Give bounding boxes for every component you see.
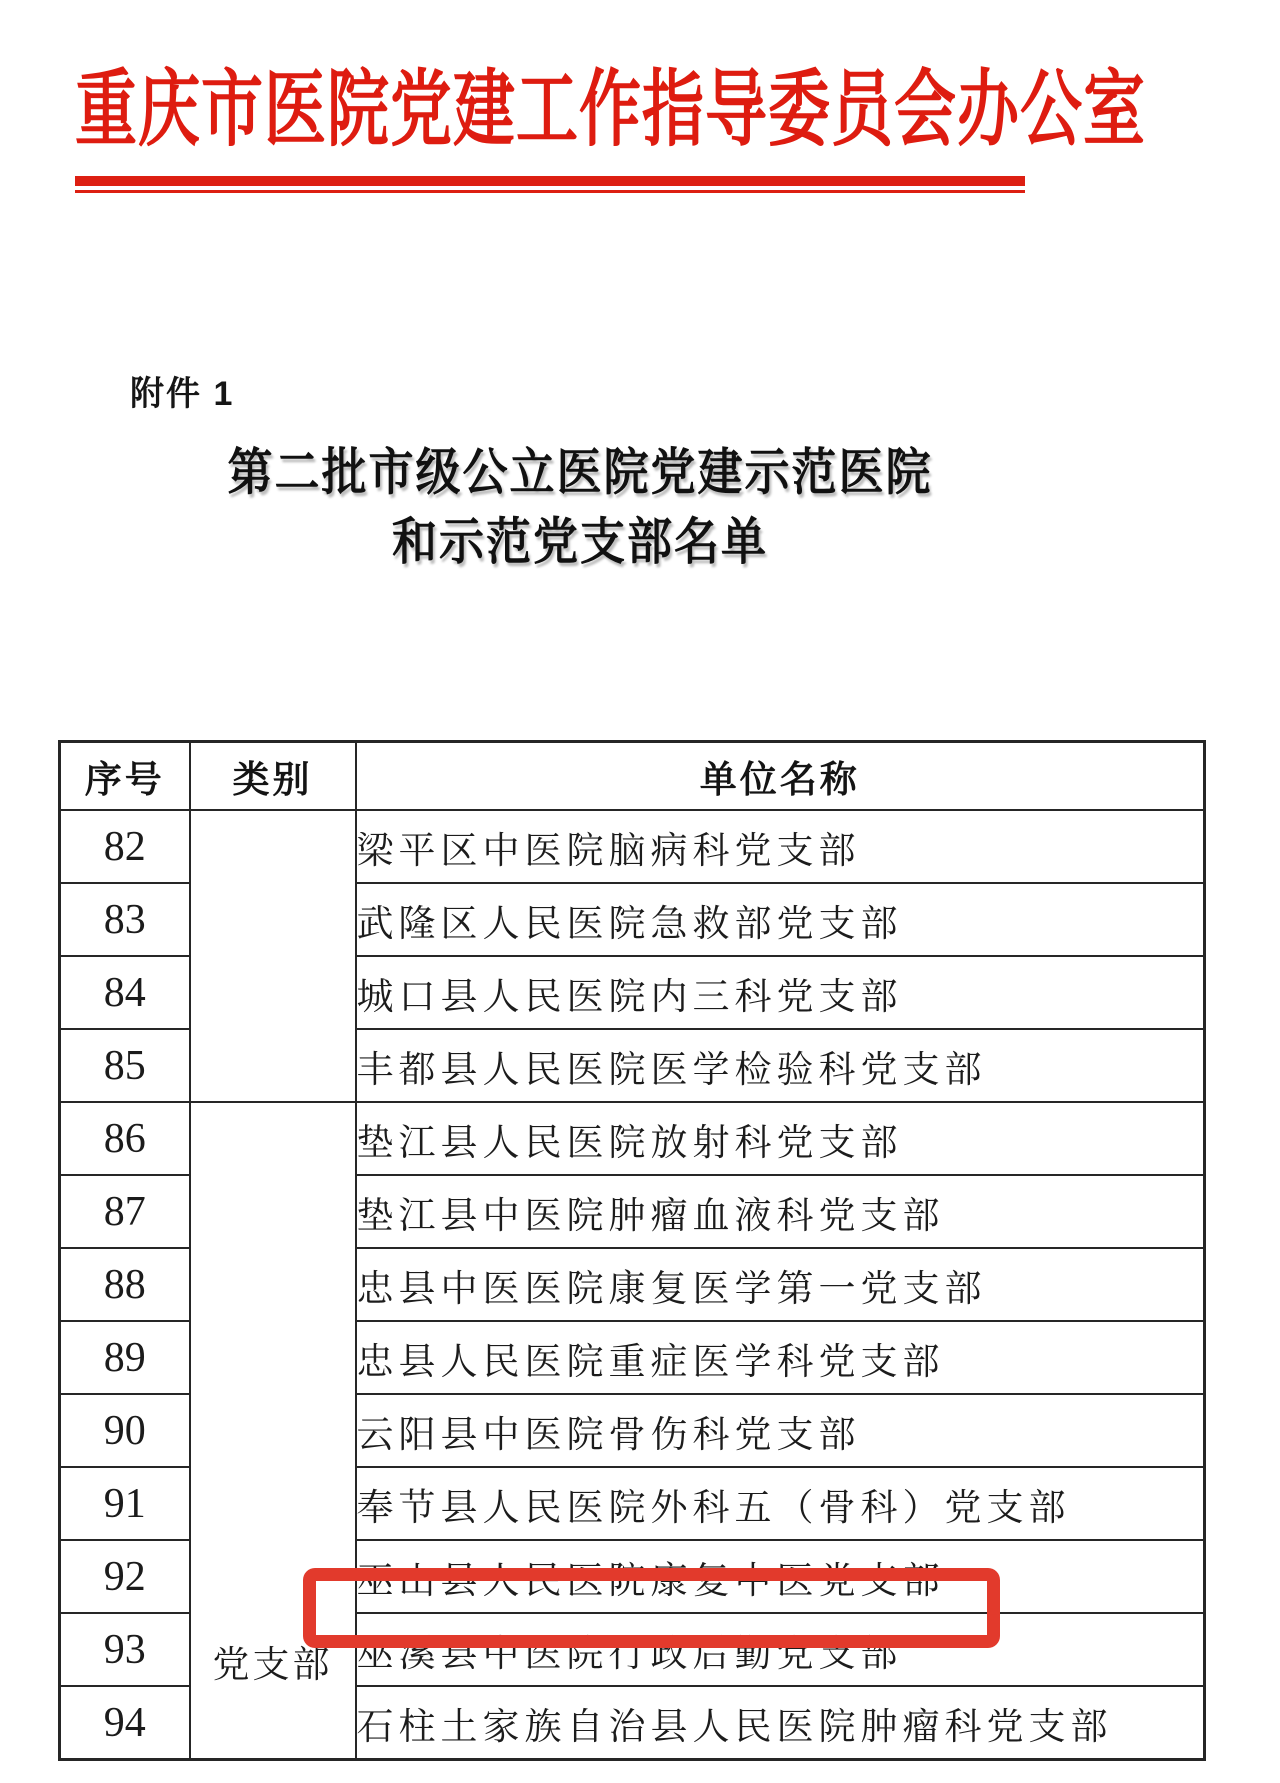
letterhead-rule-thin: [75, 190, 1025, 193]
row-number: 90: [60, 1394, 190, 1467]
letterhead-rule: [75, 176, 1025, 193]
unit-name: 奉节县人民医院外科五（骨科）党支部: [356, 1467, 1205, 1540]
row-number: 91: [60, 1467, 190, 1540]
roster-table: 序号 类别 单位名称 82梁平区中医院脑病科党支部83武隆区人民医院急救部党支部…: [58, 740, 1206, 1761]
row-number: 82: [60, 810, 190, 883]
row-number: 84: [60, 956, 190, 1029]
unit-name: 垫江县人民医院放射科党支部: [356, 1102, 1205, 1175]
row-number: 93: [60, 1613, 190, 1686]
letterhead-rule-thick: [75, 176, 1025, 186]
document-page: 重庆市医院党建工作指导委员会办公室 附件 1 第二批市级公立医院党建示范医院 和…: [0, 0, 1280, 1783]
unit-name: 城口县人民医院内三科党支部: [356, 956, 1205, 1029]
unit-name: 垫江县中医院肿瘤血液科党支部: [356, 1175, 1205, 1248]
unit-name: 忠县人民医院重症医学科党支部: [356, 1321, 1205, 1394]
row-number: 94: [60, 1686, 190, 1760]
category-cell: [190, 810, 356, 1102]
unit-name: 石柱土家族自治县人民医院肿瘤科党支部: [356, 1686, 1205, 1760]
row-number: 85: [60, 1029, 190, 1102]
unit-name: 云阳县中医院骨伤科党支部: [356, 1394, 1205, 1467]
row-number: 89: [60, 1321, 190, 1394]
unit-name: 丰都县人民医院医学检验科党支部: [356, 1029, 1205, 1102]
unit-name: 巫溪县中医院行政后勤党支部: [356, 1613, 1205, 1686]
document-title-line2: 和示范党支部名单: [0, 507, 1160, 576]
row-number: 83: [60, 883, 190, 956]
letterhead-title: 重庆市医院党建工作指导委员会办公室: [75, 42, 1025, 162]
document-title: 第二批市级公立医院党建示范医院 和示范党支部名单: [0, 438, 1160, 577]
row-number: 86: [60, 1102, 190, 1175]
attachment-label: 附件 1: [130, 366, 234, 415]
document-title-line1: 第二批市级公立医院党建示范医院: [0, 438, 1160, 507]
col-header-category: 类别: [190, 742, 356, 811]
table-header-row: 序号 类别 单位名称: [60, 742, 1205, 811]
unit-name: 梁平区中医院脑病科党支部: [356, 810, 1205, 883]
category-cell: 党支部: [190, 1102, 356, 1760]
col-header-unit: 单位名称: [356, 742, 1205, 811]
table-row: 86党支部垫江县人民医院放射科党支部: [60, 1102, 1205, 1175]
row-number: 87: [60, 1175, 190, 1248]
unit-name: 武隆区人民医院急救部党支部: [356, 883, 1205, 956]
row-number: 92: [60, 1540, 190, 1613]
unit-name: 忠县中医医院康复医学第一党支部: [356, 1248, 1205, 1321]
category-label: 党支部: [191, 1643, 355, 1688]
col-header-no: 序号: [60, 742, 190, 811]
table-row: 82梁平区中医院脑病科党支部: [60, 810, 1205, 883]
row-number: 88: [60, 1248, 190, 1321]
unit-name: 巫山县人民医院康复中医党支部: [356, 1540, 1205, 1613]
